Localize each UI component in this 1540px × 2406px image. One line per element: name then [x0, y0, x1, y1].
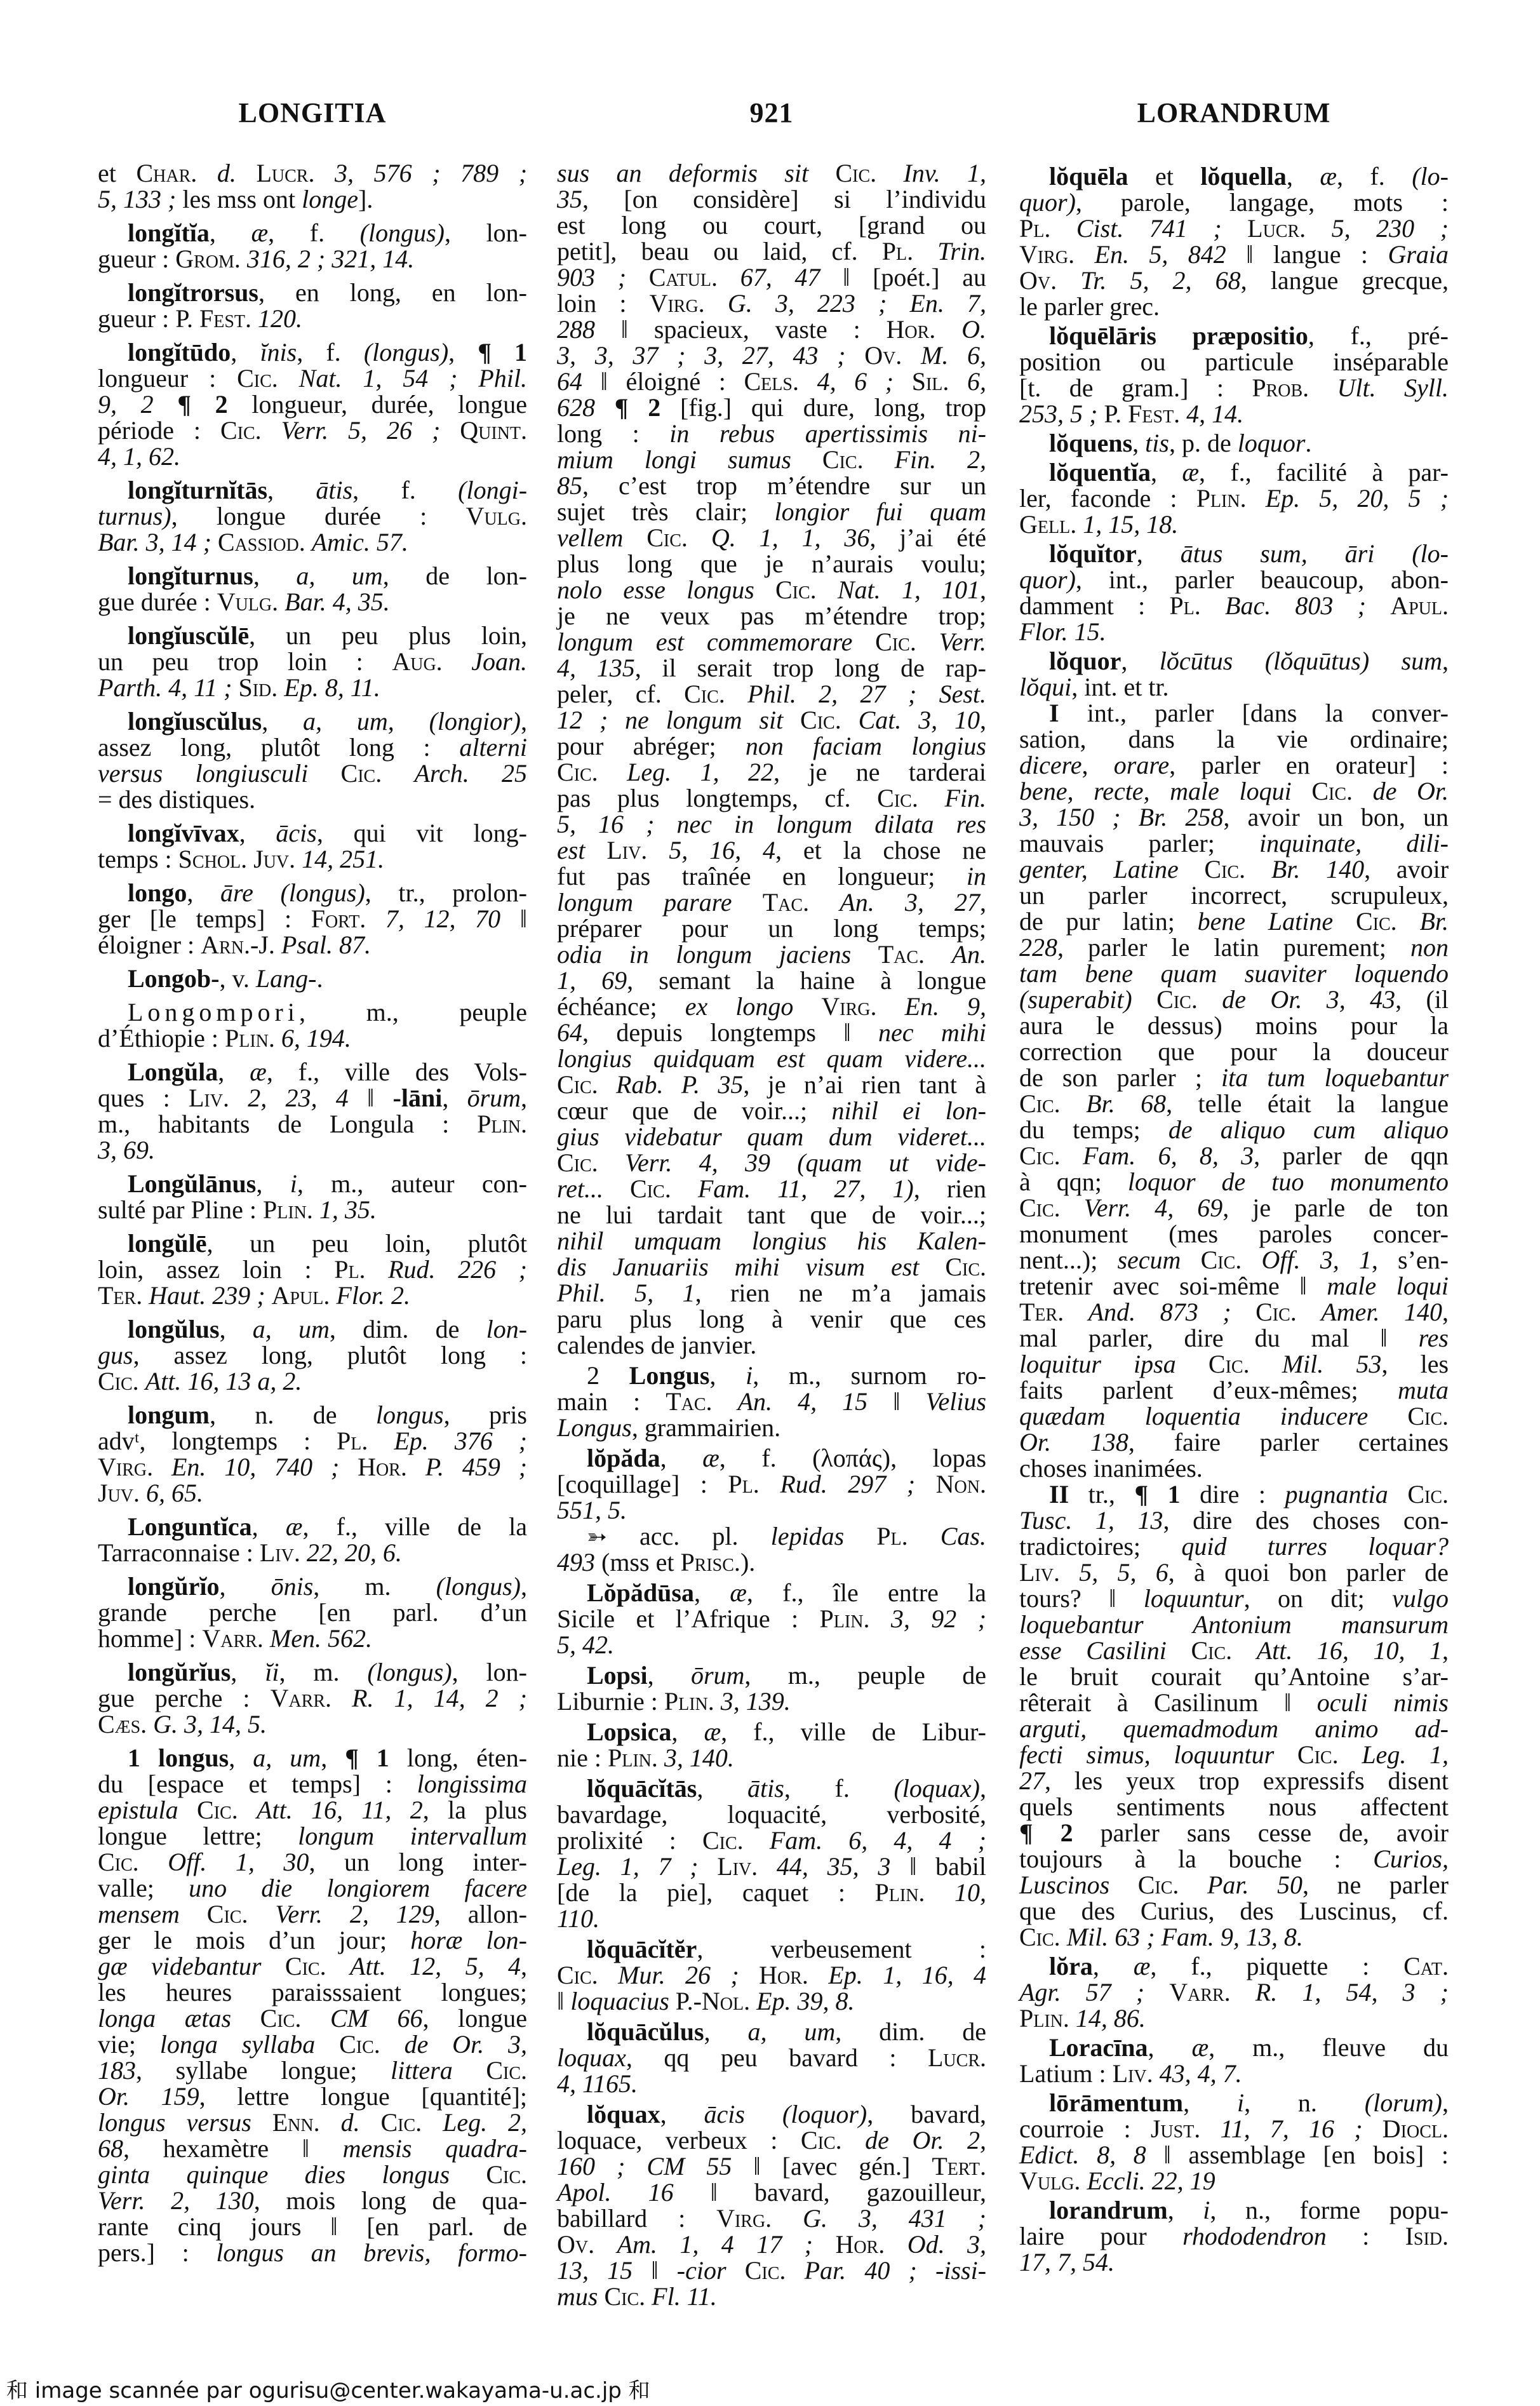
latin-or-reference: ōrum	[467, 1084, 521, 1112]
text: ,	[521, 1572, 527, 1601]
text	[1132, 985, 1156, 1014]
entry-line: gueur : P. Fest. 120.	[98, 306, 527, 332]
dictionary-entry: Longŭla, æ, f., ville des Vols-ques : Li…	[98, 1059, 527, 1163]
latin-or-reference: d.	[341, 2108, 360, 2137]
text: correction que pour la douceur	[1019, 1037, 1449, 1066]
entry-line: Ter. And. 873 ; Cic. Amer. 140,	[1019, 1299, 1449, 1325]
latin-or-reference: Am. 1, 4 17 ;	[617, 2230, 813, 2259]
entry-line: courroie : Just. 11, 7, 16 ; Diocl.	[1019, 2116, 1449, 2142]
latin-or-reference: Nat. 1, 101	[838, 575, 980, 604]
latin-or-reference: Od. 3,	[907, 2230, 986, 2259]
entry-line: longus versus Enn. d. Cic. Leg. 2,	[98, 2109, 527, 2135]
text: , verbeusement :	[697, 1935, 986, 1963]
entry-line: longĭtūdo, ĭnis, f. (longus), ¶ 1	[98, 339, 527, 365]
latin-or-reference: inquinate, dili-	[1259, 829, 1449, 857]
text: je ne veux pas m’étendre trop;	[557, 601, 986, 630]
text: babillard :	[557, 2204, 716, 2233]
author-abbreviation: Diocl.	[1383, 2114, 1449, 2143]
text: , f., facilité à par-	[1199, 458, 1449, 487]
text	[1080, 2167, 1087, 2195]
text	[314, 159, 335, 187]
entry-line: gius videbatur quam dum videret...	[557, 1124, 986, 1150]
author-abbreviation: Pl.	[1169, 591, 1200, 620]
dictionary-entry: Longuntĭca, æ, f., ville de laTarraconna…	[98, 1514, 527, 1566]
entry-line: Virg. En. 10, 740 ; Hor. P. 459 ;	[98, 1454, 527, 1480]
author-abbreviation: Cic.	[486, 2160, 527, 2189]
running-head-left: LONGITIA	[98, 95, 527, 131]
entry-line: 4, 1165.	[557, 2071, 986, 2097]
text: [fig.] qui dure, long, trop	[660, 393, 986, 422]
text	[380, 2030, 405, 2059]
latin-or-reference: sus an deformis sit	[557, 159, 808, 187]
latin-or-reference: longissima	[417, 1770, 527, 1798]
text: , rien ne m’a jamais	[695, 1279, 986, 1307]
headword: lŏquēlāris præpositio	[1049, 321, 1308, 350]
text: éloigner :	[98, 931, 201, 959]
text	[925, 1878, 954, 1907]
latin-or-reference: longum parare	[557, 888, 732, 917]
author-abbreviation: Varr.	[202, 1624, 263, 1653]
latin-or-reference: G. 3, 14, 5.	[153, 1710, 267, 1738]
entry-line: Liburnie : Plin. 3, 139.	[557, 1688, 986, 1714]
text: , lon-	[452, 1658, 527, 1686]
entry-line: Or. 138, faire parler certaines	[1019, 1429, 1449, 1455]
text: est long ou court, [grand ou	[557, 211, 986, 239]
text: ,	[187, 878, 220, 907]
entry-line: 68, hexamètre ‖ mensis quadra-	[98, 2135, 527, 2161]
dictionary-entry: Longŭlānus, i, m., auteur con-sulté par …	[98, 1171, 527, 1223]
author-abbreviation: Isid.	[1405, 2222, 1449, 2250]
text	[1181, 1246, 1200, 1274]
entry-line: 628 ¶ 2 [fig.] qui dure, long, trop	[557, 394, 986, 420]
dictionary-entry: longĭtrorsus, en long, en lon-gueur : P.…	[98, 279, 527, 332]
text: ‖	[500, 904, 527, 933]
author-abbreviation: Lucr.	[256, 159, 314, 187]
text: longueur, durée, longue	[228, 390, 527, 419]
latin-or-reference: 7, 12, 70	[385, 904, 500, 933]
author-abbreviation: Cic.	[1204, 855, 1245, 884]
text	[877, 992, 905, 1021]
author-abbreviation: Fort.	[311, 904, 366, 933]
entry-line: longŭrĭo, ōnis, m. (longus),	[98, 1573, 527, 1599]
text: [t. de gram.] :	[1019, 373, 1252, 402]
text: sulté par Pline :	[98, 1195, 263, 1224]
text: valle;	[98, 1874, 189, 1902]
entry-line: longĭvīvax, ācis, qui vit long-	[98, 820, 527, 846]
text: ,	[1137, 539, 1181, 568]
text: ).	[740, 1548, 755, 1576]
text	[1144, 1978, 1169, 2006]
text	[813, 2230, 835, 2259]
text: ,	[980, 888, 986, 917]
entry-line: turnus), longue durée : Vulg.	[98, 503, 527, 529]
text: , f., île entre la	[747, 1578, 986, 1607]
text: parler sans cesse de, avoir	[1073, 1818, 1449, 1847]
entry-line: Cic. Mur. 26 ; Hor. Ep. 1, 16, 4	[557, 1962, 986, 1988]
text: ,	[1081, 751, 1113, 779]
latin-or-reference: Or. 159	[98, 2082, 199, 2111]
text	[1306, 214, 1332, 243]
entry-line: Cic. Mil. 63 ; Fam. 9, 13, 8.	[1019, 1924, 1449, 1950]
entry-line: laire pour rhododendron : Isid.	[1019, 2223, 1449, 2249]
text: laire pour	[1019, 2222, 1182, 2250]
text: gueur :	[98, 245, 175, 273]
text	[598, 758, 627, 786]
author-abbreviation: Pl.	[876, 1522, 907, 1550]
dictionary-entry: longĭturnĭtās, ātis, f. (longi-turnus), …	[98, 477, 527, 555]
entry-line: Ter. Haut. 239 ; Apul. Flor. 2.	[98, 1282, 527, 1308]
text	[864, 445, 895, 474]
latin-or-reference: gæ videbantur	[98, 1952, 261, 1980]
text	[626, 263, 649, 292]
latin-or-reference: mensem	[98, 1900, 180, 1928]
entry-line: lŏquēlāris præpositio, f., pré-	[1019, 323, 1449, 349]
text: , langue grecque,	[1241, 266, 1449, 295]
text	[1097, 400, 1104, 428]
text	[275, 1024, 281, 1052]
text	[1388, 1480, 1408, 1509]
entry-line: 2 Longus, i, m., surnom ro-	[557, 1362, 986, 1388]
latin-or-reference: Q. 1, 1, 36	[711, 523, 870, 552]
latin-or-reference: gus	[98, 1341, 133, 1369]
author-abbreviation: Plin.	[608, 1744, 658, 1772]
entry-line: Longuntĭca, æ, f., ville de la	[98, 1514, 527, 1540]
entry-line: 4, 135, il serait trop long de rap-	[557, 655, 986, 681]
headword: lŏquens	[1049, 429, 1132, 457]
dictionary-entry: lŏquēla et lŏquella, æ, f. (lo-quor), pa…	[1019, 163, 1449, 319]
headword: longŭlus	[128, 1315, 220, 1343]
headword: longĭtĭa	[128, 218, 210, 247]
entry-line: prolixité : Cic. Fam. 6, 4, 4 ;	[557, 1827, 986, 1853]
headword: lŏquor	[1049, 647, 1121, 675]
text: ,	[239, 819, 276, 847]
entry-line: sujet très clair; longior fui quam	[557, 499, 986, 525]
author-abbreviation: Cic.	[197, 1796, 238, 1824]
latin-or-reference: vulgo	[1392, 1584, 1449, 1613]
text: ‖ bavard, gazouilleur,	[674, 2178, 986, 2207]
latin-or-reference: Off. 3, 1	[1261, 1246, 1371, 1274]
headword: ¶ 1	[478, 338, 527, 366]
text	[718, 263, 740, 292]
latin-or-reference: 120.	[258, 304, 302, 333]
author-abbreviation: Cic.	[220, 416, 262, 445]
text: , c’est trop m’étendre sur un	[582, 471, 986, 500]
dictionary-entry: lorandrum, i, n., forme popu-laire pour …	[1019, 2197, 1449, 2275]
text: int., parler [dans la conver-	[1059, 699, 1449, 727]
author-abbreviation: Virg.	[716, 2204, 772, 2233]
entry-line: longŭrĭus, ĭi, m. (longus), lon-	[98, 1659, 527, 1685]
text	[248, 1900, 275, 1928]
latin-or-reference: in	[967, 862, 986, 890]
entry-line: Luscinos Cic. Par. 50, ne parler	[1019, 1872, 1449, 1898]
entry-line: nihil umquam longius his Kalen-	[557, 1228, 986, 1254]
entry-line: longius quidquam est quam videre...	[557, 1045, 986, 1072]
text: et	[1128, 162, 1200, 191]
text: (mss et	[595, 1548, 680, 1576]
entry-line: lŏquācĭtās, ātis, f. (loquax),	[557, 1775, 986, 1801]
running-head-right: LORANDRUM	[1019, 95, 1449, 131]
entry-line: le parler grec.	[1019, 293, 1449, 319]
entry-line: Loracīna, æ, m., fleuve du	[1019, 2034, 1449, 2060]
text: le parler grec.	[1019, 292, 1160, 321]
text: de son parler ;	[1019, 1063, 1221, 1092]
author-abbreviation: Enn.	[272, 2108, 320, 2137]
entry-line: le bruit courait qu’Antoine s’ar-	[1019, 1663, 1449, 1690]
latin-or-reference: Rab. P. 35	[616, 1070, 743, 1099]
latin-or-reference: CM 66	[330, 2004, 423, 2033]
text: ,	[267, 476, 316, 504]
text: ,	[660, 2100, 704, 2128]
entry-line: pour abréger; non faciam longius	[557, 733, 986, 759]
text: , dim. de	[835, 2017, 986, 2046]
entry-line: Phil. 5, 1, rien ne m’a jamais	[557, 1280, 986, 1306]
text: , parler en orateur] :	[1169, 751, 1449, 779]
entry-line: arguti, quemadmodum animo ad-	[1019, 1716, 1449, 1742]
entry-line: longum, n. de longus, pris	[98, 1402, 527, 1428]
entry-line: Cic. Fam. 6, 8, 3, parler de qqn	[1019, 1143, 1449, 1169]
text: ,	[1442, 647, 1449, 675]
text: , lon-	[445, 218, 527, 247]
entry-line: gue perche : Varr. R. 1, 14, 2 ;	[98, 1685, 527, 1711]
latin-or-reference: 85	[557, 471, 582, 500]
text	[808, 1961, 828, 1989]
text: , allon-	[434, 1900, 527, 1928]
entry-line: nent...); secum Cic. Off. 3, 1, s’en-	[1019, 1247, 1449, 1273]
entry-line: rante cinq jours ‖ [en parl. de	[98, 2214, 527, 2240]
author-abbreviation: Pl.	[337, 1427, 368, 1455]
text: ger [le temps] :	[98, 904, 311, 933]
entry-line: longĭtĭa, æ, f. (longus), lon-	[98, 220, 527, 246]
entry-line: mium longi sumus Cic. Fin. 2,	[557, 447, 986, 473]
latin-or-reference: 13, 15	[557, 2256, 633, 2285]
text	[1397, 907, 1420, 936]
entry-line: 160 ; CM 55 ‖ [avec gén.] Tert.	[557, 2153, 986, 2179]
entry-line: dis Januariis mihi visum est Cic.	[557, 1254, 986, 1280]
latin-or-reference: Par. 50	[1207, 1871, 1302, 1899]
text	[1179, 855, 1205, 884]
text: monument (mes paroles concer-	[1019, 1220, 1449, 1248]
text: ,	[218, 1058, 250, 1086]
latin-or-reference: G. 3, 223 ; En. 7,	[728, 289, 986, 318]
headword: longĭtrorsus	[128, 278, 258, 307]
headword: lōrāmentum	[1049, 2088, 1183, 2117]
latin-or-reference: P. 459 ;	[425, 1453, 527, 1481]
author-abbreviation: Cic.	[1201, 1246, 1242, 1274]
latin-or-reference: 6, 65.	[146, 1479, 203, 1507]
latin-or-reference: fecti simus, loquuntur	[1019, 1740, 1274, 1769]
latin-or-reference: loquax	[557, 2043, 626, 2072]
entry-line: versus longiusculi Cic. Arch. 25	[98, 760, 527, 786]
latin-or-reference: oculi nimis	[1317, 1688, 1449, 1717]
dictionary-entry: lŏquēlāris præpositio, f., pré-position …	[1019, 323, 1449, 427]
author-abbreviation: P. Fest.	[1104, 400, 1180, 428]
latin-or-reference: Fl. 11.	[652, 2282, 717, 2311]
text	[180, 1900, 207, 1928]
dictionary-entry: lŏquax, ācis (loquor), bavard,loquace, v…	[557, 2101, 986, 2309]
entry-line: mal parler, dire du mal ‖ res	[1019, 1325, 1449, 1351]
headword: lŏquĭtor	[1049, 539, 1137, 568]
latin-or-reference: āre (longus)	[220, 878, 365, 907]
author-abbreviation: Juv.	[98, 1479, 140, 1507]
entry-line: 17, 7, 54.	[1019, 2249, 1449, 2275]
text: les mss ont	[176, 185, 302, 213]
author-abbreviation: Aug.	[392, 647, 442, 676]
author-abbreviation: Tert.	[932, 2152, 986, 2181]
entry-line: Juv. 6, 65.	[98, 1480, 527, 1506]
latin-or-reference: pugnantia	[1285, 1480, 1388, 1509]
headword: lŏquācĭtĕr	[587, 1935, 697, 1963]
text	[261, 1952, 285, 1980]
latin-or-reference: Ep. 39, 8.	[756, 1987, 854, 2015]
dictionary-page: LONGITIA 921 LORANDRUM et Char. d. Lucr.…	[0, 0, 1540, 2406]
text	[453, 2056, 486, 2085]
text: , hexamètre ‖	[123, 2134, 343, 2163]
entry-line: long : in rebus apertissimis ni-	[557, 420, 986, 447]
latin-or-reference: gius videbatur quam dum videret...	[557, 1122, 986, 1151]
author-abbreviation: Just.	[1151, 2114, 1200, 2143]
text	[139, 1848, 168, 1876]
author-abbreviation: Cic.	[237, 364, 278, 393]
dictionary-entry: longŭrĭus, ĭi, m. (longus), lon-gue perc…	[98, 1659, 527, 1737]
text	[1061, 1193, 1084, 1222]
latin-or-reference: 4, 1165.	[557, 2069, 638, 2098]
text: , (il	[1395, 985, 1449, 1014]
latin-or-reference: Amic. 57.	[312, 528, 408, 556]
latin-or-reference: Ep. 1, 16, 4	[828, 1961, 986, 1989]
text: , f.	[268, 218, 359, 247]
author-abbreviation: Char.	[136, 159, 197, 187]
text	[1363, 2114, 1383, 2143]
entry-line: Ov. Am. 1, 4 17 ; Hor. Od. 3,	[557, 2231, 986, 2257]
text: , assez long, plutôt long :	[133, 1341, 527, 1369]
entry-line: quor), parole, langage, mots :	[1019, 189, 1449, 215]
entry-line: est long ou court, [grand ou	[557, 212, 986, 238]
text	[241, 245, 247, 273]
text	[153, 1453, 171, 1481]
author-abbreviation: Plin.	[1019, 2004, 1069, 2033]
text	[726, 2256, 745, 2285]
latin-or-reference: Velius	[926, 1387, 987, 1416]
text	[238, 1796, 257, 1824]
headword: lŏquella	[1200, 162, 1287, 191]
entry-line: gueur : Grom. 316, 2 ; 321, 14.	[98, 246, 527, 272]
author-abbreviation: Cic.	[835, 159, 876, 187]
entry-line: période : Cic. Verr. 5, 26 ; Quint.	[98, 417, 527, 443]
headword: lŏpăda	[587, 1444, 660, 1472]
entry-line: 1 longus, a, um, ¶ 1 long, éten-	[98, 1745, 527, 1771]
author-abbreviation: Cic.	[557, 1070, 598, 1099]
entry-line: les heures paraisssaient longues;	[98, 1979, 527, 2005]
latin-or-reference: epistula	[98, 1796, 178, 1824]
entry-line: 4, 1, 62.	[98, 443, 527, 469]
text	[139, 1367, 145, 1395]
entry-line: main : Tac. An. 4, 15 ‖ Velius	[557, 1388, 986, 1415]
latin-or-reference: 64	[557, 1018, 582, 1047]
text: pers.] :	[98, 2238, 216, 2267]
dictionary-entry: lŏpăda, æ, f. (λοπάς), lopas[coquillage]…	[557, 1445, 986, 1523]
author-abbreviation: Plin.	[1196, 484, 1247, 513]
text	[262, 416, 281, 445]
author-abbreviation: Cic.	[630, 1174, 671, 1203]
entry-line: Apol. 16 ‖ bavard, gazouilleur,	[557, 2179, 986, 2205]
entry-line: ne lui tardait tant que de voir...;	[557, 1202, 986, 1228]
text	[669, 1987, 676, 2015]
headword: lŏquentĭa	[1049, 458, 1151, 487]
entry-line: lōrāmentum, i, n. (lorum),	[1019, 2090, 1449, 2116]
text	[908, 1522, 941, 1550]
entry-line: Tarraconnaise : Liv. 22, 20, 6.	[98, 1540, 527, 1566]
latin-or-reference: Cist. 741 ;	[1076, 214, 1222, 243]
entry-line: 13, 15 ‖ -cior Cic. Par. 40 ; -issi-	[557, 2257, 986, 2283]
dictionary-entry: Longompori, m., peupled’Éthiopie : Plin.…	[98, 999, 527, 1051]
dictionary-entry: longo, āre (longus), tr., prolon-ger [le…	[98, 880, 527, 958]
latin-or-reference: a, um	[253, 1315, 330, 1343]
text: long :	[557, 419, 669, 448]
latin-or-reference: æ	[1182, 458, 1199, 487]
latin-or-reference: Ep. 376 ;	[394, 1427, 527, 1455]
author-abbreviation: Cic.	[1311, 777, 1353, 805]
text: échéance;	[557, 992, 685, 1021]
text: , parler de qqn	[1254, 1141, 1449, 1170]
latin-or-reference: An. 4, 15	[738, 1387, 868, 1416]
text	[688, 523, 711, 552]
author-abbreviation: Pl.	[334, 1255, 365, 1284]
text: rante cinq jours ‖ [en parl. de	[98, 2212, 527, 2241]
text	[598, 1148, 625, 1177]
latin-or-reference: Fin. 2,	[895, 445, 986, 474]
author-abbreviation: Pl.	[882, 237, 913, 265]
text	[315, 2030, 339, 2059]
text: ‖	[557, 1987, 570, 2015]
entry-line: epistula Cic. Att. 16, 11, 2, la plus	[98, 1797, 527, 1823]
text	[869, 1604, 890, 1633]
text	[251, 304, 258, 333]
text	[1069, 2004, 1076, 2033]
headword: lŏquācĭtās	[587, 1774, 697, 1803]
latin-or-reference: 6, 194.	[281, 1024, 351, 1052]
text: ,	[1148, 2033, 1192, 2062]
author-abbreviation: Cic.	[875, 628, 916, 656]
dictionary-entry: longĭvīvax, ācis, qui vit long-temps : S…	[98, 820, 527, 872]
text: gue perche :	[98, 1684, 271, 1712]
latin-or-reference: 3, 140.	[664, 1744, 734, 1772]
text: gueur :	[98, 304, 175, 333]
entry-line: homme] : Varr. Men. 562.	[98, 1625, 527, 1651]
text	[1057, 266, 1080, 295]
entry-line: longum est commemorare Cic. Verr.	[557, 629, 986, 655]
text	[301, 2004, 330, 2033]
text: , un peu plus loin,	[249, 621, 527, 650]
author-abbreviation: Cæs.	[98, 1710, 147, 1738]
latin-or-reference: And. 873 ;	[1088, 1298, 1231, 1326]
latin-or-reference: (lorum)	[1365, 2088, 1442, 2117]
text	[791, 445, 822, 474]
headword: ¶ 1	[1134, 1480, 1180, 1509]
author-abbreviation: Cic.	[1356, 907, 1397, 936]
text: ,	[1442, 2088, 1449, 2117]
author-abbreviation: Cic.	[877, 784, 918, 812]
text: m., habitants de Longula :	[98, 1110, 477, 1138]
latin-or-reference: non	[1410, 933, 1449, 962]
latin-or-reference: 3, 3, 37 ; 3, 27, 43 ;	[557, 341, 846, 370]
latin-or-reference: quor)	[1019, 565, 1076, 594]
dictionary-entry: Loracīna, æ, m., fleuve duLatium : Liv. …	[1019, 2034, 1449, 2087]
headword: longo	[128, 878, 187, 907]
text: ,	[980, 1774, 986, 1803]
text	[1167, 1636, 1191, 1665]
text	[295, 845, 302, 873]
text: mal parler, dire du mal ‖	[1019, 1324, 1419, 1352]
